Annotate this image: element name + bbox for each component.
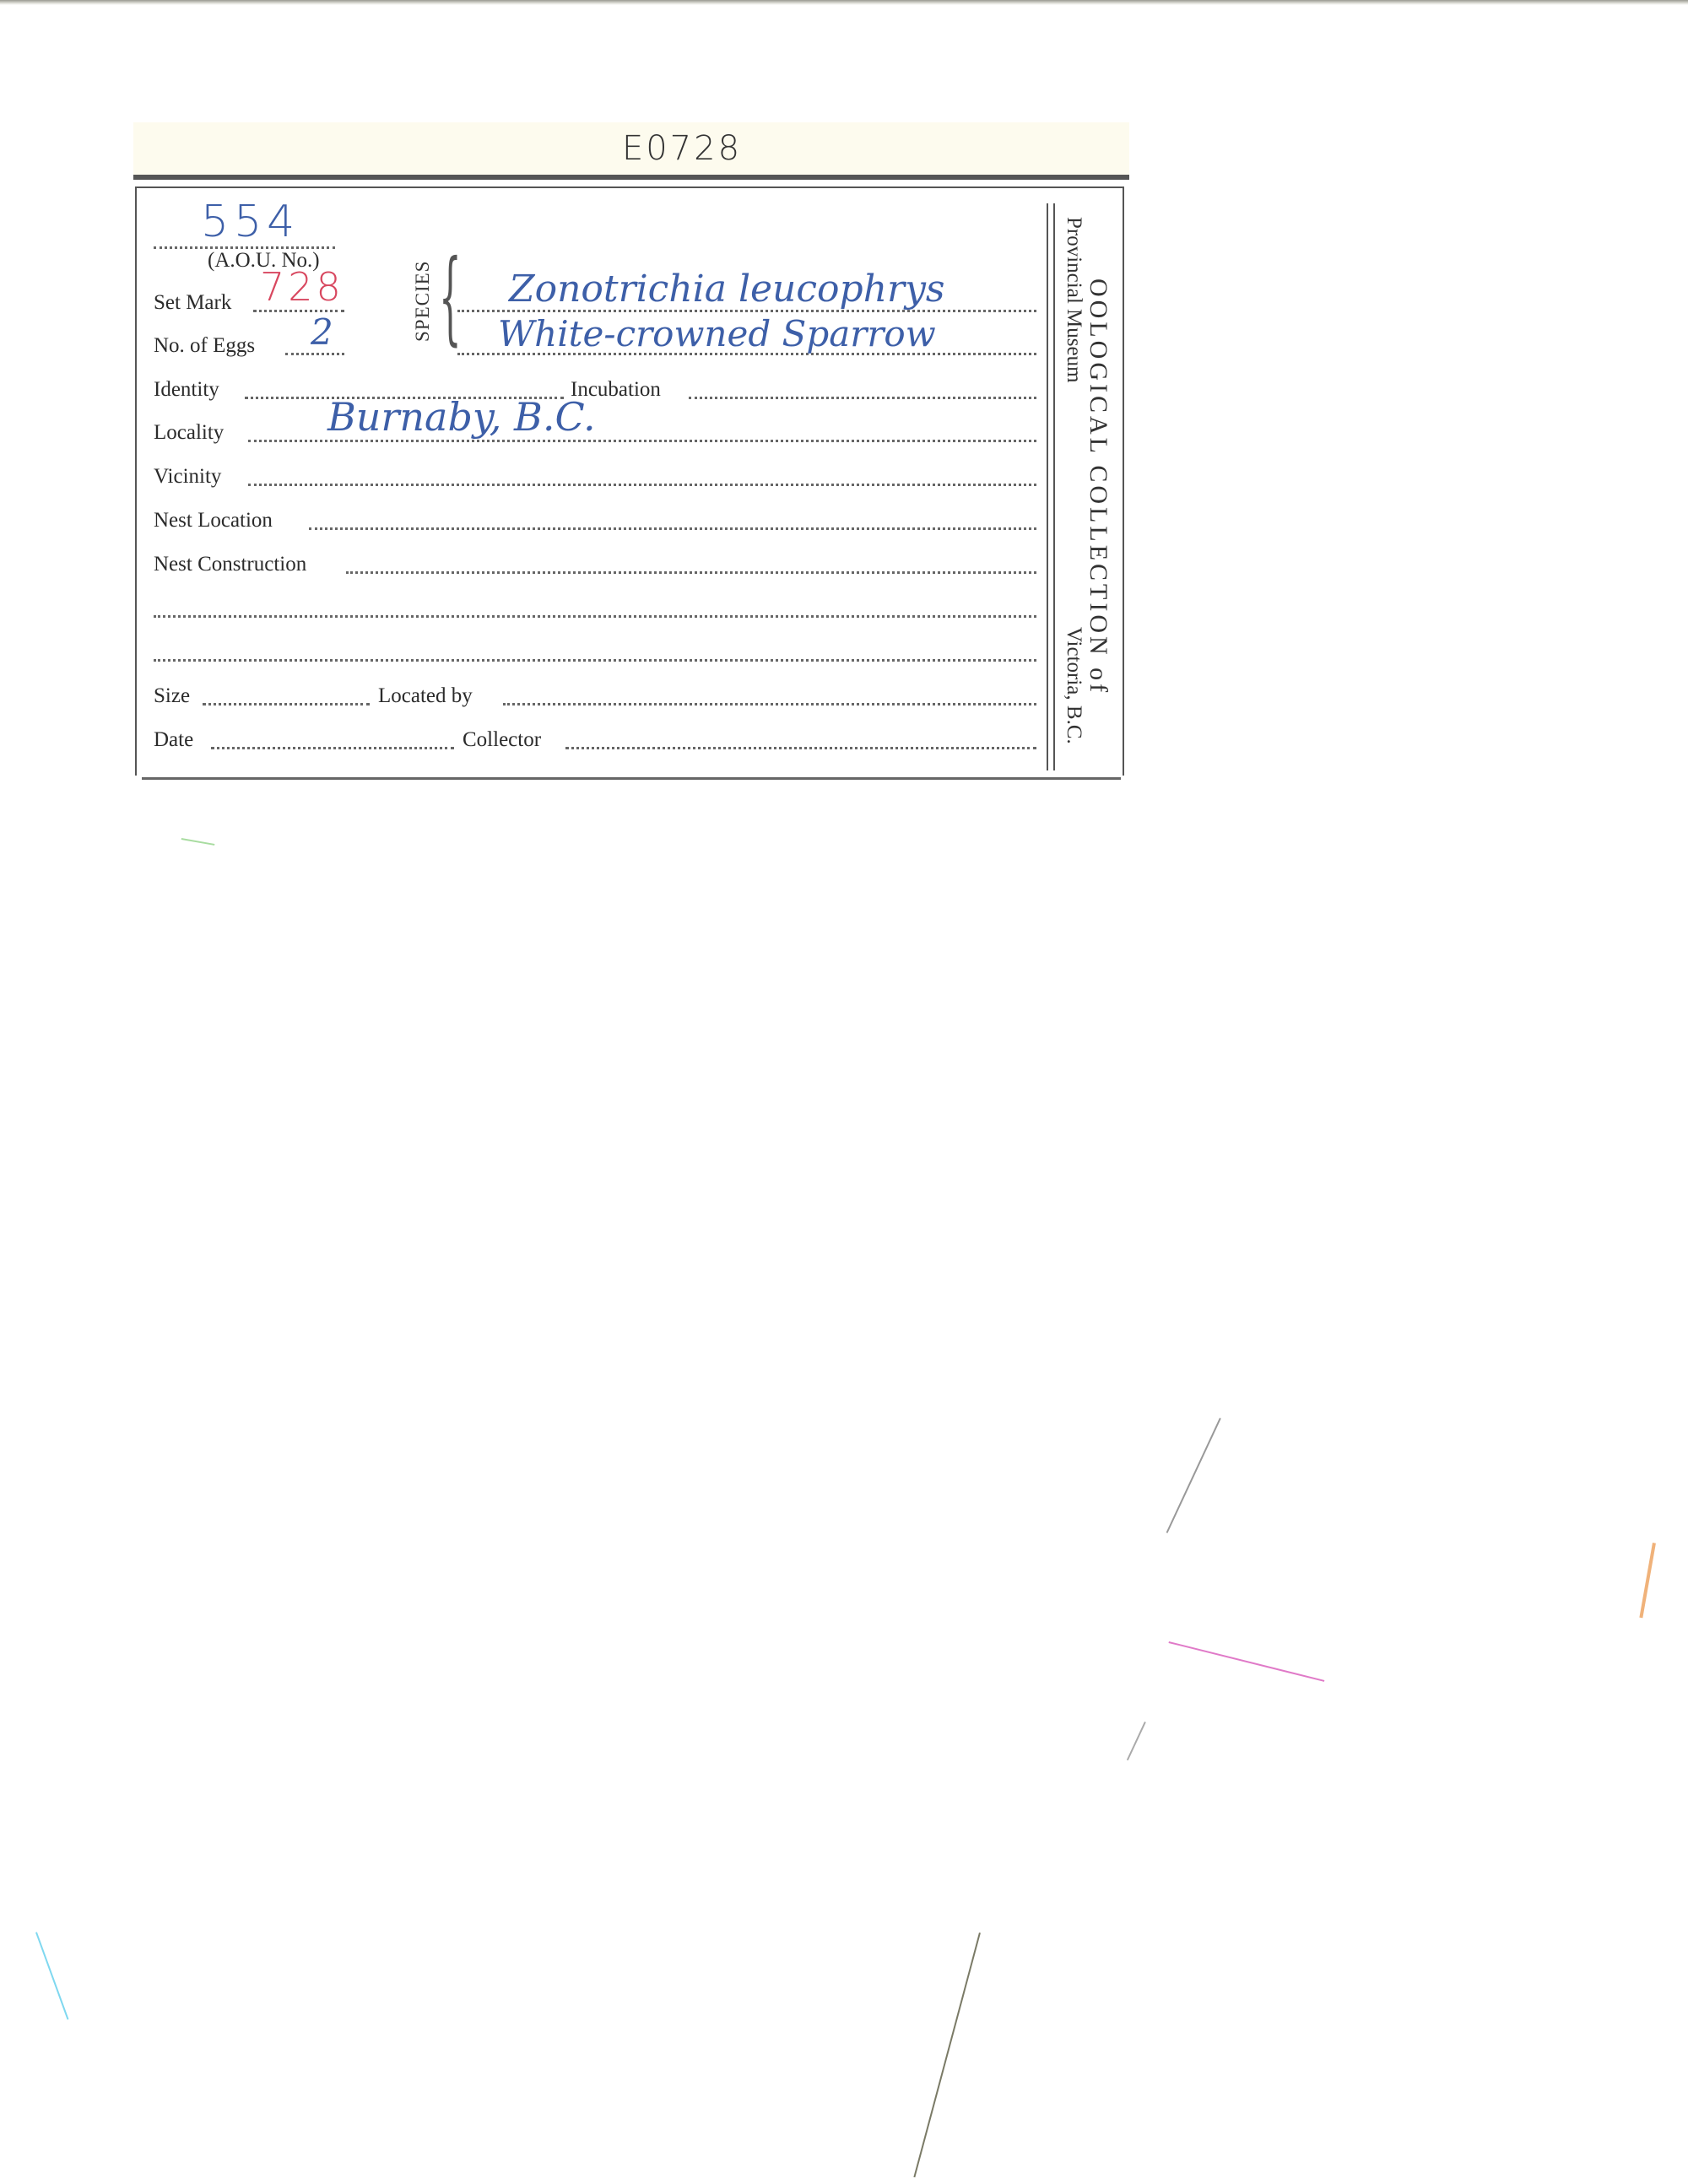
- scan-mark-gray: [1166, 1418, 1221, 1533]
- size-line[interactable]: [203, 703, 370, 705]
- divider-line-outer: [1053, 203, 1055, 770]
- vicinity-label: Vicinity: [154, 465, 221, 489]
- set-mark-value[interactable]: 728: [260, 264, 344, 310]
- continuation-line-1[interactable]: [154, 615, 1036, 618]
- set-mark-label: Set Mark: [154, 291, 231, 315]
- vicinity-line[interactable]: [248, 484, 1036, 486]
- collector-label: Collector: [463, 728, 541, 752]
- side-heading-place: Victoria, B.C.: [1062, 627, 1085, 744]
- continuation-line-2[interactable]: [154, 659, 1036, 662]
- scan-mark-cyan: [35, 1932, 69, 2019]
- located-by-line[interactable]: [503, 703, 1036, 705]
- size-label: Size: [154, 684, 190, 708]
- species-common-value[interactable]: White-crowned Sparrow: [498, 313, 936, 354]
- header-rule: [133, 175, 1129, 180]
- catalog-number: E0728: [555, 129, 809, 168]
- side-heading-institution: Provincial Museum: [1062, 217, 1085, 383]
- side-heading-title: OOLOGICAL COLLECTION of: [1084, 278, 1112, 695]
- date-label: Date: [154, 728, 193, 752]
- nest-construction-line[interactable]: [346, 571, 1036, 574]
- aou-number-value[interactable]: 554: [201, 197, 300, 247]
- no-of-eggs-label: No. of Eggs: [154, 334, 255, 358]
- no-of-eggs-value[interactable]: 2: [311, 311, 333, 353]
- scan-mark-pink: [1169, 1641, 1325, 1682]
- divider-line-inner: [1047, 203, 1048, 770]
- locality-line: [248, 440, 1036, 442]
- species-brace: {: [439, 247, 462, 349]
- scan-mark-dark: [913, 1933, 981, 2177]
- species-label: SPECIES: [412, 261, 434, 342]
- locality-label: Locality: [154, 421, 224, 445]
- nest-construction-label: Nest Construction: [154, 553, 306, 576]
- oological-record-card: E0728 554 (A.O.U. No.) Set Mark 728 No. …: [133, 122, 1129, 785]
- no-of-eggs-line: [285, 353, 344, 355]
- locality-value[interactable]: Burnaby, B.C.: [327, 394, 596, 440]
- incubation-line[interactable]: [689, 397, 1036, 399]
- collector-line[interactable]: [565, 747, 1036, 749]
- scan-mark-gray-2: [1127, 1722, 1146, 1760]
- scan-mark-orange: [1639, 1543, 1656, 1618]
- located-by-label: Located by: [378, 684, 473, 708]
- date-line[interactable]: [211, 747, 454, 749]
- nest-location-label: Nest Location: [154, 509, 273, 532]
- scan-top-edge: [0, 0, 1688, 5]
- scan-mark-green: [181, 838, 215, 846]
- card-bottom-rule: [142, 777, 1121, 780]
- species-scientific-value[interactable]: Zonotrichia leucophrys: [509, 268, 945, 311]
- identity-label: Identity: [154, 378, 219, 402]
- nest-location-line[interactable]: [309, 527, 1036, 530]
